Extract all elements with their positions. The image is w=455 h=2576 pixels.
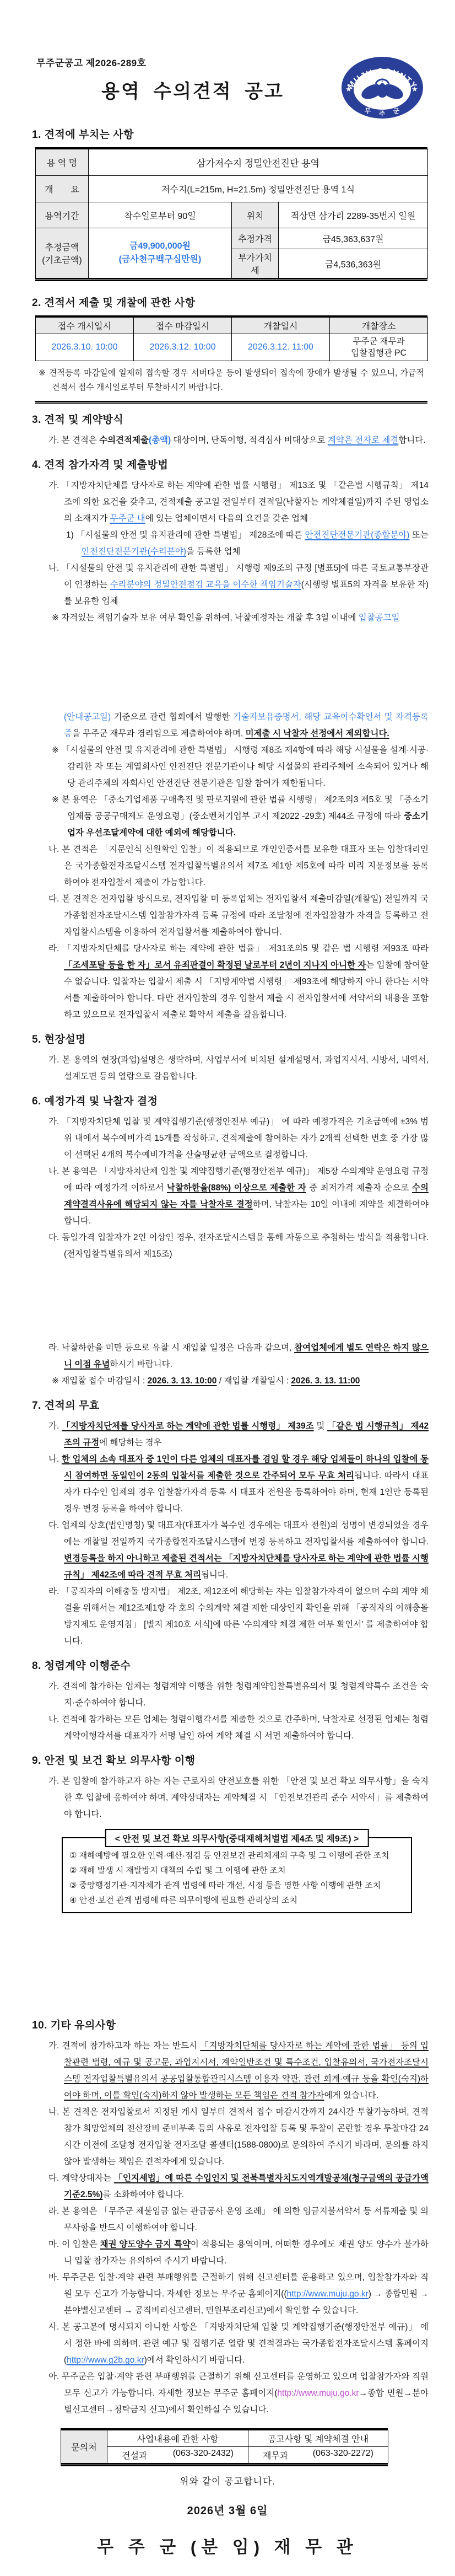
link-url[interactable]: http://www.g2b.go.kr: [67, 2355, 144, 2365]
doc-paragraph: ※ 「시설물의 안전 및 유지관리에 관한 특별법」 시행령 제8조 제4항에 …: [52, 742, 429, 792]
doc-paragraph: ※ 본 용역은 「중소기업제품 구매촉진 및 판로지원에 관한 법률 시행령」 …: [52, 792, 429, 841]
safety-obligations-box: < 안전 및 보건 확보 의무사항(중대재해처벌법 제4조 및 제9조) >① …: [62, 1837, 412, 1913]
text-segment: 계약상대자는: [62, 2173, 114, 2183]
contact-col1-header: 사업내용에 관한 사항: [107, 2430, 248, 2447]
schedule-table: 접수 개시일시 접수 마감일시 개찰일시 개찰장소 2026.3.10. 10:…: [35, 315, 427, 404]
text-segment: 본 용역의 현장(과업)설명은 생략하며, 사업부서에 비치된 설계설명서, 과…: [62, 1055, 429, 1081]
cell-overview: 저수지(L=215m, H=21.5m) 정밀안전진단 용역 1식: [89, 176, 428, 202]
text-segment: 「시설물의 안전 및 유지관리에 관한 특별법」 제28조에 따른: [76, 530, 305, 540]
text-segment: (안내공고일): [64, 712, 111, 722]
item-label: 나.: [48, 1715, 62, 1724]
text-segment: (총액): [149, 436, 171, 445]
item-label: 가.: [48, 1055, 62, 1065]
section-heading: 3. 견적 및 계약방식: [32, 411, 429, 426]
text-segment: 「지방자치단체를 당사자로 하는 계약에 관한 법률」 제31조의5 및 같은 …: [63, 944, 429, 953]
place-line1: 무주군 재무과: [332, 336, 425, 347]
contact-phone: (063-320-2432): [173, 2449, 234, 2461]
item-label: 나.: [48, 1167, 62, 1176]
page-break-gap: [0, 1263, 455, 1340]
section-heading: 4. 견적 참가자격 및 제출방법: [32, 457, 429, 471]
doc-paragraph: 가. 「지방자치단체를 당사자로 하는 계약에 관한 법률 시행령」 제13조 …: [48, 477, 429, 527]
text-segment: 수의견적제출: [99, 436, 149, 445]
item-label: 다.: [48, 1233, 62, 1242]
doc-paragraph: 라. 본 용역은 「무주군 체불임금 없는 관급공사 운영 조례」 에 의한 임…: [48, 2203, 429, 2236]
page-break-gap: [0, 626, 455, 709]
contact-title: 문의처: [61, 2430, 107, 2464]
text-segment: 또는: [409, 530, 429, 540]
amount-label-line1: 추정금액: [38, 240, 86, 253]
item-label: 라.: [48, 2207, 62, 2216]
notice-number: 무주군공고 제2026-289호: [36, 55, 147, 69]
document-body: 3. 견적 및 계약방식가. 본 견적은 수의견적제출(총액) 대상이며, 단독…: [0, 411, 455, 2418]
item-label: ※: [52, 613, 61, 622]
safety-box-item: ② 재해 발생 시 재발방지 대책의 수립 및 그 이행에 관한 조치: [69, 1863, 404, 1878]
text-segment: 「시설물의 안전 및 유지관리에 관한 특별법」 시행령 제8조 제4항에 따라…: [62, 745, 429, 788]
section-heading: 8. 청렴계약 이행준수: [32, 1657, 429, 1672]
text-segment: 계약은 전자로 체결: [328, 436, 398, 445]
text-segment: 본 견적은 「지문인식 신원확인 입찰」이 적용되므로 개인인증서를 보유한 대…: [62, 845, 429, 887]
star-icon: ★: [345, 85, 352, 93]
notice-document-page: 무주군공고 제2026-289호 용역 수의견적 공고 MUJU COUNTY …: [0, 0, 455, 2576]
text-segment: 를 소화하여야 합니다.: [102, 2190, 184, 2199]
cell-opening-place: 무주군 재무과 입찰집행관 PC: [330, 334, 428, 361]
contact-col2-value: 재무과 (063-320-2272): [248, 2447, 388, 2464]
doc-paragraph: ※ 재입찰 접수 마감일시 : 2026. 3. 13. 10:00 / 재입찰…: [52, 1373, 429, 1389]
doc-paragraph: 가. 「지방자치단체 입찰 및 계약집행기준(행정안전부 예규)」 에 따라 예…: [48, 1114, 429, 1163]
safety-box-item: ③ 중앙행정기관·지자체가 관계 법령에 따라 개선, 시정 등을 명한 사항 …: [69, 1878, 404, 1893]
doc-paragraph: 나. 본 용역은 「지방자치단체 입찰 및 계약집행기준(행정안전부 예규)」 …: [48, 1163, 429, 1230]
doc-paragraph: (안내공고일) 기준으로 관련 협회에서 발행한 기술자보유증명서, 해당 교육…: [64, 709, 429, 742]
doc-paragraph: 바. 무주군은 입찰·계약 관련 부패행위를 근절하기 위해 신고센터를 운용하…: [48, 2269, 429, 2319]
contact-dept: 재무과: [263, 2449, 288, 2461]
text-segment: 기준으로 관련 협회에서 발행한: [111, 712, 233, 722]
doc-paragraph: 1) 「시설물의 안전 및 유지관리에 관한 특별법」 제28조에 따른 안전진…: [66, 527, 429, 560]
bid-summary-table: 용 역 명 삼가저수지 정밀안전진단 용역 개 요 저수지(L=215m, H=…: [35, 147, 427, 281]
item-label: ※: [52, 1376, 61, 1386]
text-segment: 에 있는 업체이면서 다음의 요건을 갖춘 업체: [145, 514, 308, 523]
text-segment: 에게 있습니다.: [324, 2091, 378, 2100]
star-icon: ★: [411, 85, 418, 93]
text-segment: 낙찰하한율 미만 등으로 유찰 시 재입찰 일정은 다음과 같으며,: [62, 1343, 294, 1353]
amount-value-line1: 금49,900,000원: [91, 240, 229, 253]
cell-open-datetime: 2026.3.10. 10:00: [36, 334, 134, 361]
document-footer: 위와 같이 공고합니다. 2026년 3월 6일 무 주 군 (분 임) 재 무…: [0, 2473, 455, 2558]
text-segment: 견적에 참가하고자 하는 자는 반드시: [62, 2041, 201, 2051]
doc-paragraph: 라. 낙찰하한율 미만 등으로 유찰 시 재입찰 일정은 다음과 같으며, 참여…: [48, 1340, 429, 1373]
text-segment: 을 무주군 재무과 경리팀으로 제출하여야 하며,: [72, 729, 246, 738]
text-segment: 「공직자의 이해충돌 방지법」 제2조, 제12조에 해당하는 자는 입찰참가자…: [62, 1587, 429, 1646]
text-segment: 이 입찰은: [62, 2240, 100, 2249]
doc-paragraph: ※ 자격있는 책임기술자 보유 여부 확인을 위하여, 낙찰예정자는 개찰 후 …: [52, 610, 429, 626]
text-segment: 업체의 상호(법인명칭) 및 대표자(대표자가 복수인 경우에는 대표자 전원)…: [62, 1521, 429, 1547]
section-heading-1: 1. 견적에 부치는 사항: [32, 126, 429, 141]
section-heading: 7. 견적의 무효: [32, 1397, 429, 1412]
item-label: ※: [52, 795, 62, 804]
schedule-note: ※ 견적등록 마감일에 일제히 접속할 경우 서버다운 등이 발생되어 접속에 …: [35, 361, 427, 401]
item-label: 라.: [48, 1343, 62, 1353]
cell-label-vat: 부가가치세: [232, 249, 279, 278]
item-label: 나.: [48, 563, 62, 573]
cell-estimated-price: 금45,363,637원: [279, 228, 428, 249]
item-label: 아.: [48, 2372, 62, 2381]
doc-paragraph: 다. 업체의 상호(법인명칭) 및 대표자(대표자가 복수인 경우에는 대표자 …: [48, 1517, 429, 1584]
muju-county-seal-icon: MUJU COUNTY ★ ★ 무 주 군: [340, 56, 424, 119]
item-label: 사.: [48, 2322, 62, 2332]
text-segment: 「조세포탈 등을 한 자」로서 유죄판결이 확정된 날로부터 2년이 지나지 아…: [64, 960, 366, 970]
doc-paragraph: 라. 「공직자의 이해충돌 방지법」 제2조, 제12조에 해당하는 자는 입찰…: [48, 1584, 429, 1650]
contact-dept: 건설과: [122, 2449, 147, 2461]
safety-box-item: ④ 안전·보건 관계 법령에 따른 의무이행에 필요한 관리상의 조치: [69, 1893, 404, 1908]
item-label: 가.: [48, 436, 62, 445]
item-label: 가.: [48, 1682, 62, 1691]
doc-paragraph: 나. 견적에 참가하는 모든 업체는 청렴이행각서를 제출한 것으로 간주하며,…: [48, 1711, 429, 1745]
item-label: 라.: [48, 944, 63, 953]
text-segment: 중 최저가격 제출자 순으로: [306, 1183, 412, 1193]
cell-vat: 금4,536,363원: [279, 249, 428, 278]
item-label: 라.: [48, 1587, 62, 1596]
doc-paragraph: 가. 본 용역의 현장(과업)설명은 생략하며, 사업부서에 비치된 설계설명서…: [48, 1052, 429, 1085]
cell-opening-datetime: 2026.3.12. 11:00: [232, 334, 330, 361]
item-label: 바.: [48, 2273, 62, 2282]
item-label: 가.: [48, 2041, 62, 2051]
section-heading: 10. 기타 유의사항: [32, 2017, 429, 2032]
text-segment: 2026. 3. 13. 10:00: [148, 1376, 217, 1386]
cell-label-estimated-price: 추정가격: [232, 228, 279, 249]
cell-label-estimated-amount: 추정금액 (기초금액): [36, 228, 89, 278]
amount-value-line2: (금사천구백구십만원): [91, 253, 229, 266]
text-segment: 「지방자치단체를 당사자로 하는 계약에 관한 법률 시행령」 제39조: [62, 1421, 314, 1431]
text-segment: 본 견적은 전자입찰로서 지정된 게시 일부터 견적서 접수 마감시간까지 24…: [62, 2107, 429, 2166]
section-heading: 9. 안전 및 보건 확보 의무사항 이행: [32, 1752, 429, 1767]
section-heading: 5. 현장설명: [32, 1031, 429, 1046]
text-segment: 본 용역은 「무주군 체불임금 없는 관급공사 운영 조례」 에 의한 임금지불…: [62, 2207, 429, 2232]
doc-paragraph: 가. 본 견적은 수의견적제출(총액) 대상이며, 단독이행, 적격심사 비대상…: [48, 432, 429, 449]
link-url[interactable]: http://www.muju.go.kr: [287, 2289, 369, 2299]
safety-box-title: < 안전 및 보건 확보 의무사항(중대재해처벌법 제4조 및 제9조) >: [105, 1829, 369, 1847]
item-label: 다.: [48, 894, 62, 904]
page-title: 용역 수의견적 공고: [22, 76, 364, 103]
contact-col1-value: 건설과 (063-320-2432): [107, 2447, 248, 2464]
text-segment: 견적에 참가하는 모든 업체는 청렴이행각서를 제출한 것으로 간주하며, 낙찰…: [62, 1715, 429, 1741]
text-segment: 안전진단전문기관(수리분야): [82, 547, 186, 556]
cell-close-datetime: 2026.3.12. 10:00: [134, 334, 232, 361]
doc-paragraph: 가. 본 입찰에 참가하고자 하는 자는 근로자의 안전보호를 위한 「안전 및…: [48, 1773, 429, 1823]
cell-label-service-name: 용 역 명: [36, 149, 89, 176]
text-segment: 안전진단전문기관(종합분야): [305, 530, 409, 540]
col-header-close: 접수 마감일시: [134, 318, 232, 334]
doc-paragraph: 라. 「지방자치단체를 당사자로 하는 계약에 관한 법률」 제31조의5 및 …: [48, 941, 429, 1023]
text-segment: 본 용역은 「중소기업제품 구매촉진 및 판로지원에 관한 법률 시행령」 제2…: [62, 795, 429, 821]
logo-korean-char: 주: [378, 110, 386, 117]
text-segment: 및: [314, 1421, 328, 1431]
text-segment: 「지방자치단체 입찰 및 계약집행기준(행정안전부 예규)」 에 따라 예정가격…: [62, 1117, 429, 1160]
text-segment: 을 등록한 업체: [186, 547, 240, 556]
item-label: 마.: [48, 2240, 62, 2249]
item-label: 나.: [48, 845, 62, 854]
logo-korean-char: 군: [393, 108, 400, 115]
closing-statement: 위와 같이 공고합니다.: [0, 2473, 455, 2487]
text-segment: 에 해당하는 경우: [99, 1438, 161, 1447]
text-segment: 본 견적은 전자입찰 방식으로, 전자입찰 미 등록업체는 전자입찰서 제출마감…: [62, 894, 429, 937]
item-label: 가.: [48, 1117, 62, 1126]
logo-korean-char: 무: [365, 108, 371, 115]
document-header: 무주군공고 제2026-289호 용역 수의견적 공고 MUJU COUNTY …: [0, 0, 455, 119]
place-line2: 입찰집행관 PC: [332, 347, 425, 359]
doc-paragraph: 나. 본 견적은 「지문인식 신원확인 입찰」이 적용되므로 개인인증서를 보유…: [48, 841, 429, 891]
text-segment: 2026. 3. 13. 11:00: [291, 1376, 360, 1386]
cell-label-period: 용역기간: [36, 202, 89, 228]
item-label: 다.: [48, 1521, 62, 1530]
doc-paragraph: 가. 「지방자치단체를 당사자로 하는 계약에 관한 법률 시행령」 제39조 …: [48, 1418, 429, 1451]
doc-paragraph: 나. 본 견적은 전자입찰로서 지정된 게시 일부터 견적서 접수 마감시간까지…: [48, 2104, 429, 2170]
text-segment: 본 입찰에 참가하고자 하는 자는 근로자의 안전보호를 위한 「안전 및 보건…: [62, 1777, 429, 1819]
text-segment: 미제출 시 낙찰자 선정에서 제외합니다.: [246, 729, 389, 738]
item-label: 가.: [48, 1421, 62, 1431]
text-segment: / 재입찰 개찰일시 :: [216, 1376, 291, 1386]
item-label: 1): [66, 530, 76, 540]
doc-paragraph: 나. 「시설물의 안전 및 유지관리에 관한 특별법」 시행령 제9조의 규정 …: [48, 560, 429, 610]
doc-paragraph: 다. 동일가격 입찰자가 2인 이상인 경우, 전자조달시스템을 통해 자동으로…: [48, 1230, 429, 1263]
section-heading: 6. 예정가격 및 낙찰자 결정: [32, 1093, 429, 1108]
text-segment: 합니다.: [398, 436, 425, 445]
text-segment: 자격있는 책임기술자 보유 여부 확인을 위하여, 낙찰예정자는 개찰 후 3일…: [61, 613, 358, 622]
doc-paragraph: 나. 한 업체의 소속 대표자 중 1인이 다른 업체의 대표자를 겸임 할 경…: [48, 1451, 429, 1517]
item-label: ※: [52, 745, 62, 755]
text-segment: 견적에 참가하는 업체는 청렴계약 이행을 위한 청렴계약입찰특별유의서 및 청…: [62, 1682, 429, 1708]
cell-period: 착수일로부터 90일: [89, 202, 232, 228]
amount-label-line2: (기초금액): [38, 253, 86, 266]
item-label: 가.: [48, 481, 62, 490]
text-segment: 변경등록을 하지 아니하고 제출된 견적서는 「지방자치단체를 당사자로 하는 …: [64, 1554, 429, 1580]
text-segment: 됩니다.: [201, 1570, 228, 1580]
contact-col2-header: 공고사항 및 계약체결 안내: [248, 2430, 388, 2447]
signer-title: 무 주 군 (분 임) 재 무 관: [0, 2533, 455, 2558]
item-label: 다.: [48, 2173, 62, 2183]
contact-table: 문의처 사업내용에 관한 사항 공고사항 및 계약체결 안내 건설과 (063-…: [61, 2428, 388, 2466]
announcement-date: 2026년 3월 6일: [0, 2502, 455, 2518]
text-segment: )에서 확인하시기 바랍니다.: [144, 2355, 245, 2365]
contact-phone: (063-320-2272): [313, 2449, 373, 2461]
doc-paragraph: 다. 계약상대자는 「인지세법」에 따른 수입인지 및 전북특별자치도지역개발공…: [48, 2170, 429, 2203]
doc-paragraph: 아. 무주군은 입찰·계약 관련 부패행위를 근절하기 위해 신고센터를 운영하…: [48, 2369, 429, 2418]
page-break-gap: [0, 1915, 455, 2009]
text-segment: 하시기 바랍니다.: [110, 1360, 172, 1369]
item-label: 나.: [48, 2107, 62, 2117]
link-url[interactable]: http://www.muju.go.kr: [277, 2389, 359, 2398]
text-segment: 본 견적은: [62, 436, 100, 445]
text-segment: 입찰공고일: [359, 613, 400, 622]
section-heading-2: 2. 견적서 제출 및 개찰에 관한 사항: [32, 294, 429, 309]
text-segment: 수리분야의 정밀안전점검 교육을 이수한 책임기술자: [110, 580, 301, 589]
safety-box-item: ① 재해예방에 필요한 인력·예산·점검 등 안전보건 관리체계의 구축 및 그…: [69, 1848, 404, 1863]
cell-label-overview: 개 요: [36, 176, 89, 202]
col-header-place: 개찰장소: [330, 318, 428, 334]
doc-paragraph: 사. 본 공고문에 명시되지 아니한 사항은 「지방자치단체 입찰 및 계약집행…: [48, 2319, 429, 2369]
text-segment: 채권 양도양수 금지 특약: [100, 2240, 191, 2249]
cell-estimated-amount: 금49,900,000원 (금사천구백구십만원): [89, 228, 232, 278]
col-header-open: 접수 개시일시: [36, 318, 134, 334]
text-segment: 낙찰하한율(88%) 이상으로 제출한 자: [167, 1183, 306, 1193]
text-segment: 무주군 내: [110, 514, 145, 523]
text-segment: 대상이며, 단독이행, 적격심사 비대상으로: [171, 436, 328, 445]
text-segment: 재입찰 접수 마감일시 :: [61, 1376, 147, 1386]
doc-paragraph: 다. 본 견적은 전자입찰 방식으로, 전자입찰 미 등록업체는 전자입찰서 제…: [48, 891, 429, 941]
text-segment: 동일가격 입찰자가 2인 이상인 경우, 전자조달시스템을 통해 자동으로 추첨…: [62, 1233, 429, 1259]
doc-paragraph: 마. 이 입찰은 채권 양도양수 금지 특약이 적용되는 용역이며, 어떠한 경…: [48, 2236, 429, 2269]
item-label: 나.: [48, 1455, 62, 1464]
cell-service-name: 삼가저수지 정밀안전진단 용역: [89, 149, 428, 176]
item-label: 가.: [48, 1777, 62, 1786]
cell-location: 적상면 삼가리 2289-35번지 일원: [279, 202, 428, 228]
col-header-opening: 개찰일시: [232, 318, 330, 334]
doc-paragraph: 가. 견적에 참가하는 업체는 청렴계약 이행을 위한 청렴계약입찰특별유의서 …: [48, 1678, 429, 1711]
doc-paragraph: 가. 견적에 참가하고자 하는 자는 반드시 「지방자치단체를 당사자로 하는 …: [48, 2038, 429, 2104]
cell-label-location: 위치: [232, 202, 279, 228]
